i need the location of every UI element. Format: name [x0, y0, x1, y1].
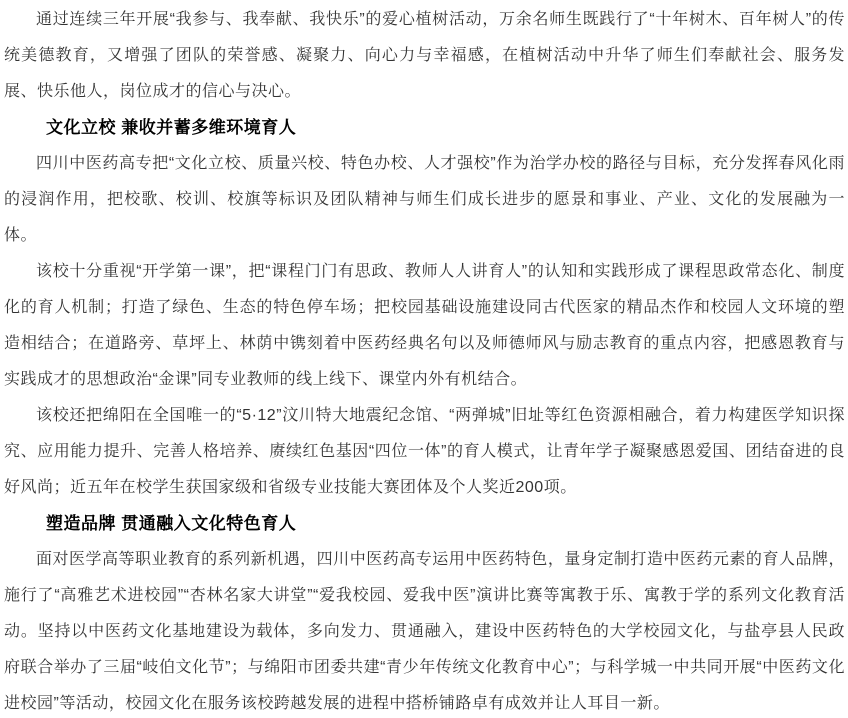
paragraph-red-resources-model: 该校还把绵阳在全国唯一的“5·12”汶川特大地震纪念馆、“两弹城”旧址等红色资源… [4, 398, 845, 506]
paragraph-brand-activities: 面对医学高等职业教育的系列新机遇，四川中医药高专运用中医药特色，量身定制打造中医… [4, 542, 845, 718]
paragraph-tree-planting-activity: 通过连续三年开展“我参与、我奉献、我快乐”的爱心植树活动，万余名师生既践行了“十… [4, 2, 845, 110]
heading-culture-school-environment: 文化立校 兼收并蓄多维环境育人 [4, 110, 845, 146]
paragraph-school-culture-path: 四川中医药高专把“文化立校、质量兴校、特色办校、人才强校”作为治学办校的路径与目… [4, 146, 845, 254]
paragraph-first-class-ideology: 该校十分重视“开学第一课”，把“课程门门有思政、教师人人讲育人”的认知和实践形成… [4, 254, 845, 398]
article-body: 通过连续三年开展“我参与、我奉献、我快乐”的爱心植树活动，万余名师生既践行了“十… [0, 0, 848, 718]
heading-brand-culture-education: 塑造品牌 贯通融入文化特色育人 [4, 506, 845, 542]
